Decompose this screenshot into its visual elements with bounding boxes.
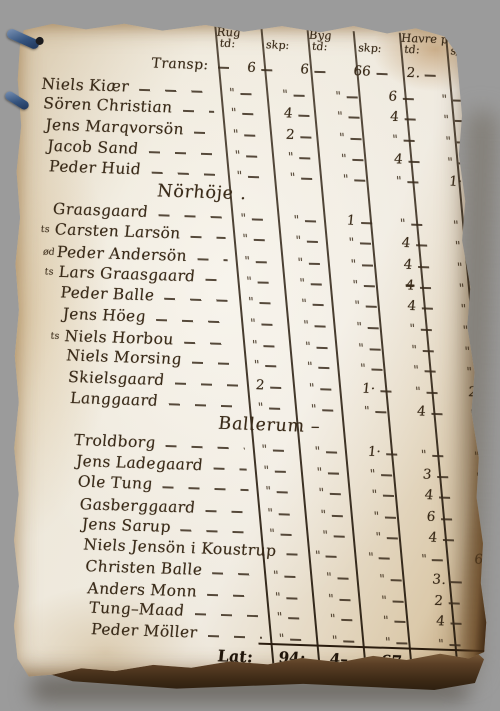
dash-leader [191,236,226,239]
cell-dash [306,241,317,243]
ledger-cell: " [311,485,366,502]
cell-value: 2 [286,128,296,144]
ledger-cell: 2 [248,378,303,395]
cell-value: " [392,133,399,147]
cell-dash [390,579,401,581]
cell-value: " [455,240,462,254]
ledger-cell: " [361,549,416,566]
ledger-cell: " [258,483,313,500]
cell-dash [354,179,365,181]
cell-value: " [457,261,464,275]
ledger-cell: 1· [360,445,415,462]
cell-dash [327,472,338,474]
cell-dash [310,283,321,285]
cell-value: " [494,95,500,109]
cell-dash [300,136,311,138]
cell-value: " [396,175,403,189]
cell-dash [276,491,287,493]
ledger-cell: " [414,551,469,568]
cell-dash [421,307,432,309]
cell-dash [392,601,403,603]
cell-dash [284,576,295,578]
column-unit-label: td: [311,40,327,54]
cell-value: " [358,342,365,356]
cell-dash [269,408,280,410]
ledger-cell: " [402,321,457,338]
section-heading: Ballerum – [218,415,321,438]
cell-value: " [354,299,361,313]
cell-dash [261,323,272,325]
cell-value: " [263,464,270,478]
cell-dash [371,368,382,370]
cell-dash [247,176,258,178]
cell-dash [441,518,452,520]
cell-dash [431,413,442,415]
margin-mark: ts [50,331,65,342]
cell-dash [382,495,393,497]
cell-dash [257,281,268,283]
cell-dash [452,99,463,101]
cell-value: 1· [367,445,381,461]
ledger-cell: 6 [293,63,348,80]
cell-dash [416,244,427,246]
cell-value: 6 [300,63,310,79]
ledger-cell: 32. [495,177,500,194]
ledger-cell: " [376,613,431,630]
cell-value: " [441,93,448,107]
cell-value: 4 [284,107,294,123]
ledger-cell: 2 [279,128,334,145]
ledger-cell: 4 [277,106,332,123]
cell-dash [314,325,325,327]
cell-value: " [326,571,333,585]
ledger-cell: " [372,571,427,588]
ledger-cell: " [482,616,500,633]
cell-value: " [339,131,346,145]
cell-dash [253,239,264,241]
dash-leader [218,67,230,69]
cell-value: " [458,282,465,296]
ledger-cell: " [406,362,461,379]
cell-dash [426,392,437,394]
cell-dash [263,345,274,347]
cell-value: " [289,171,296,185]
ledger-cell: " [288,233,343,250]
cell-value: 6 [247,61,257,77]
cell-value: " [233,128,240,142]
cell-value: " [466,366,473,380]
cell-value: " [244,255,251,269]
ledger-cell: 4 [410,405,465,422]
ledger-cell: " [250,399,305,416]
cell-value: " [265,485,272,499]
cell-dash [496,583,500,585]
cell-dash [487,478,498,480]
dash-leader [182,110,214,113]
cell-dash [322,409,333,411]
ledger-cell: " [308,547,363,564]
cell-dash [439,496,450,498]
ledger-cell: 4 [429,614,484,631]
entry-name: Carsten Larsön [54,222,181,245]
cell-dash [343,640,354,642]
cell-value: 6 [474,553,484,569]
cell-value: " [383,614,390,628]
cell-value: 4 [417,405,427,421]
cell-dash [379,557,390,559]
cell-value: " [322,529,329,543]
cell-value: " [348,236,355,250]
cell-value: 27 [459,68,478,84]
ledger-cell: 27 [452,68,500,85]
cell-value: " [246,275,253,289]
ledger-cell: " [229,168,284,185]
cell-value: " [411,344,418,358]
ledger-cell: 4 [417,488,472,505]
cell-value: 4 [428,531,438,547]
dash-leader [169,403,241,407]
ledger-cell: " [241,294,296,311]
dash-leader [181,529,253,533]
cell-value: " [485,576,492,590]
margin-mark: ts [40,224,55,235]
ledger-cell: " [353,360,408,377]
cell-value: 4 [394,153,404,169]
cell-dash [403,140,414,142]
cell-dash [361,264,372,266]
ledger-cell: " [408,384,463,401]
cell-value: " [293,214,300,228]
ledger-cell: " [223,105,278,122]
cell-dash [339,599,350,601]
cell-value: " [303,319,310,333]
cell-dash [348,116,359,118]
cell-value: " [368,551,375,565]
ledger-cell: 6 [419,510,474,527]
cell-dash [299,157,310,159]
cell-dash [451,581,462,583]
cell-value: " [356,321,363,335]
cell-dash [255,261,266,263]
cell-value: " [267,507,274,521]
cell-dash [293,95,304,97]
cell-dash [381,474,392,476]
ledger-cell: " [237,253,292,270]
ledger-cell: " [269,609,324,626]
cell-dash [450,623,461,625]
cell-value: " [314,445,321,459]
cell-dash [346,96,357,98]
ledger-cell: " [343,256,398,273]
cell-dash [288,617,299,619]
cell-dash [407,181,418,183]
ledger-cell: " [335,171,390,188]
cell-value: 2. [406,66,420,82]
cell-dash [448,602,459,604]
cell-value: " [250,317,257,331]
ledger-cell: " [235,231,290,248]
dash-leader [206,510,251,513]
ledger-cell: " [294,296,349,313]
cell-dash [244,134,255,136]
cell-dash [326,556,337,558]
column-unit-label: s/. [450,44,464,57]
cell-dash [361,222,372,224]
cell-value: " [371,488,378,502]
ledger-cell: " [472,512,500,529]
cell-value: " [409,322,416,336]
cell-dash [329,493,340,495]
cell-dash [270,387,281,389]
column-unit-label: skp: [265,38,289,52]
dash-leader [175,382,239,386]
column-unit-label: td: [219,37,235,51]
cell-dash [396,642,407,644]
cell-value: 4 [436,615,446,631]
cell-dash [272,450,283,452]
dash-leader [207,635,262,639]
cell-dash [352,159,363,161]
cell-value: " [464,345,471,359]
ledger-cell: " [266,568,321,585]
cell-dash [432,559,443,561]
cell-value: 4 [407,299,417,315]
cell-value: 3. [432,573,446,589]
cell-dash [259,302,270,304]
ledger-cell: 4 [394,236,449,253]
cell-value: 4 [401,236,411,252]
cell-dash [312,304,323,306]
cell-value: " [443,113,450,127]
cell-dash [331,515,342,517]
cell-value: " [295,234,302,248]
cell-dash [280,534,291,536]
cell-value: " [309,382,316,396]
cell-dash [246,155,257,157]
ledger-cell: " [484,639,500,655]
cell-value: " [447,156,454,170]
cell-value: " [343,173,350,187]
cell-value: 4 [403,258,413,274]
cell-dash [363,285,374,287]
dash-leader [158,214,223,218]
entry-name: Skielsgaard [68,369,166,391]
cell-value: 4 [390,110,400,126]
ledger-cell: " [303,401,358,418]
ledger-cell: 3. [425,573,480,590]
dash-leader [149,151,218,155]
cell-value: " [261,443,268,457]
cell-dash [318,367,329,369]
cell-value: " [400,217,407,231]
cell-dash [286,597,297,599]
ledger-cell: " [349,319,404,336]
cell-dash [418,266,429,268]
cell-dash [369,348,380,350]
cell-dash [489,498,500,500]
cell-value: " [352,279,359,293]
cell-dash [482,76,493,78]
cell-value: " [288,151,295,165]
cell-dash [485,457,496,459]
entry-name: Langgaard [70,390,160,411]
ledger-cell: " [225,126,280,143]
cell-value: " [316,466,323,480]
cell-value: " [421,553,428,567]
cell-value: " [277,611,284,625]
ledger-cell: " [357,403,412,420]
dash-leader [207,594,258,598]
ledger-cell: " [487,93,500,110]
cell-dash [308,263,319,265]
cell-value: " [231,106,238,120]
cell-dash [442,539,453,541]
ledger-cell: " [332,130,387,147]
cell-value: " [337,110,344,124]
ledger-cell: 4 [396,258,451,275]
cell-dash [350,138,361,140]
cell-value: " [453,219,460,233]
cell-value: 2 [255,379,265,395]
ledger-cell: 4 [400,299,455,316]
cell-value: " [240,212,247,226]
dash-leader [195,613,260,617]
entry-rows: Niels Kiær"""6""Sören Christian"4"4""Jen… [19,72,500,655]
entry-name: Jens Höeg [62,306,147,327]
cell-value: " [341,153,348,167]
cell-dash [437,476,448,478]
cell-value: 1· [449,175,463,191]
cell-dash [274,471,285,473]
cell-dash [337,577,348,579]
cell-value: 4 [405,279,415,295]
cell-dash [449,644,460,646]
cell-dash [367,327,378,329]
cell-value: 66 [353,65,372,81]
cell-dash [278,513,289,515]
ledger-cell: " [322,611,377,628]
dash-leader [151,172,220,176]
cell-value: " [421,448,428,462]
margin-mark: ød [42,247,57,258]
cell-dash [298,115,309,117]
cell-value: " [236,169,243,183]
ledger-cell: " [307,443,362,460]
ledger-cell: " [470,490,500,507]
ledger-cell: " [330,108,385,125]
cell-value: " [415,385,422,399]
cell-dash [386,453,397,455]
dash-leader [156,319,233,324]
cell-value: " [379,573,386,587]
ledger-cell: " [282,170,337,187]
cell-value: " [242,233,249,247]
column-unit-label: td: [404,43,420,57]
cell-value: " [257,401,264,415]
cell-dash [240,93,251,95]
cell-value: " [460,303,467,317]
cell-value: " [307,360,314,374]
cell-dash [386,537,397,539]
cell-value: " [489,618,496,632]
cell-dash [380,390,391,392]
entry-name: Niels Morsing [66,348,183,370]
cell-value: 1 [346,214,356,230]
cell-dash [425,74,436,76]
cell-value: " [311,403,318,417]
cell-dash [265,365,276,367]
ledger-cell: " [385,132,440,149]
cell-dash [341,619,352,621]
ledger-content: Rugtd:skp:Bygtd:skp:Havre p.td:s/. Trans… [14,24,500,698]
cell-dash [320,388,331,390]
cell-value: " [445,135,452,149]
cell-value: " [487,597,494,611]
ledger-cell: " [260,505,315,522]
cell-dash [422,350,433,352]
dash-leader [213,468,246,471]
cell-value: " [248,296,255,310]
entry-name: Gasberggaard [79,497,196,519]
cell-value: " [320,509,327,523]
ledger-cell: 1· [355,382,410,399]
cell-dash [491,520,500,522]
cell-dash [251,218,262,220]
cell-dash [454,120,465,122]
cell-dash [408,161,419,163]
cell-dash [365,305,376,307]
dash-leader [139,89,212,93]
cell-dash [261,69,272,71]
entry-name: Transp: [151,56,209,75]
cell-dash [432,455,443,457]
dash-leader [197,258,228,261]
cell-value: 6 [388,90,398,106]
cell-value: 1· [362,382,376,398]
ledger-cell: 4 [383,110,438,127]
cell-value: " [318,486,325,500]
cell-dash [316,347,327,349]
margin-mark: ts [44,266,59,277]
dash-leader [164,298,231,302]
cell-dash [242,113,253,115]
ledger-cell: " [389,173,444,190]
cell-value: " [369,468,376,482]
dash-leader [286,553,298,555]
cell-dash [424,370,435,372]
ledger-cell: " [246,357,301,374]
cell-value: " [381,594,388,608]
cell-dash [375,411,386,413]
cell-value: " [413,364,420,378]
cell-value: " [375,531,382,545]
cell-value: 6 [426,510,436,526]
cell-dash [376,73,387,75]
ledger-cell: 2. [399,66,454,83]
cell-dash [301,178,312,180]
cell-dash [314,71,325,73]
cell-dash [384,516,395,518]
dash-leader [194,132,216,135]
cell-dash [493,541,500,543]
cell-dash [402,98,413,100]
ledger-cell: 6 [467,553,500,570]
cell-value: " [301,297,308,311]
cell-dash [304,220,315,222]
cell-dash [420,287,431,289]
entry-name: Troldborg [73,432,156,453]
section-heading: Nörhöje . [157,183,247,205]
